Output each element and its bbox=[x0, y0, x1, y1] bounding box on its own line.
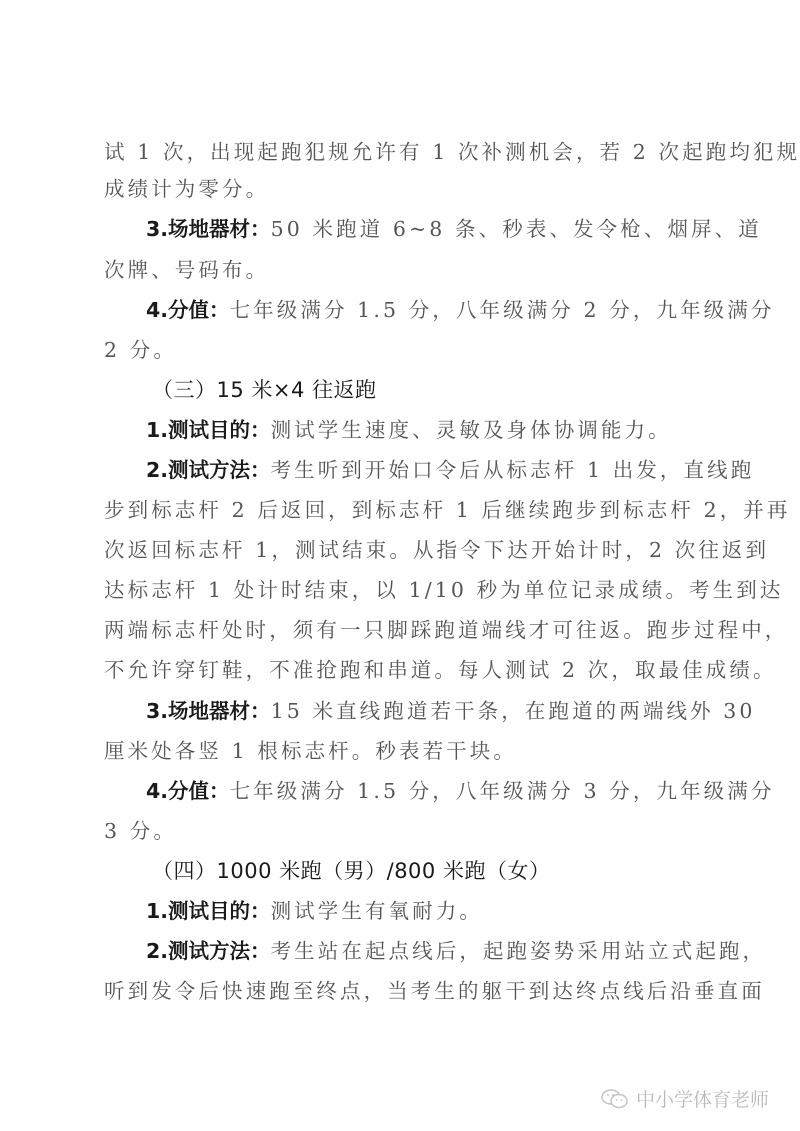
line-text: 厘米处各竖 1 根标志杆。秒表若干块。 bbox=[104, 739, 517, 763]
line-text: 七年级满分 1.5 分，八年级满分 2 分，九年级满分 bbox=[230, 298, 775, 322]
line-text: 50 米跑道 6~8 条、秒表、发令枪、烟屏、道 bbox=[271, 217, 762, 241]
item-label: 3.场地器材： bbox=[146, 217, 271, 241]
line-text: 不允许穿钉鞋，不准抢跑和串道。每人测试 2 次，取最佳成绩。 bbox=[104, 658, 777, 682]
line-text: 考生站在起点线后，起跑姿势采用站立式起跑， bbox=[271, 939, 767, 963]
paragraph-line: 3 分。 bbox=[104, 817, 704, 845]
paragraph-line: 步到标志杆 2 后返回，到标志杆 1 后继续跑步到标志杆 2，并再 bbox=[104, 496, 704, 524]
section-heading: （四）1000 米跑（男）/800 米跑（女） bbox=[152, 857, 752, 885]
paragraph-line: 试 1 次，出现起跑犯规允许有 1 次补测机会，若 2 次起跑均犯规， bbox=[104, 138, 704, 166]
paragraph-line: 次返回标志杆 1，测试结束。从指令下达开始计时，2 次往返到 bbox=[104, 536, 704, 564]
item-label: 3.场地器材： bbox=[146, 699, 271, 723]
item-label: 1.测试目的： bbox=[146, 418, 271, 442]
paragraph-line: 成绩计为零分。 bbox=[104, 175, 704, 203]
item-label: 2.测试方法： bbox=[146, 939, 271, 963]
item-site-equipment: 3.场地器材：50 米跑道 6~8 条、秒表、发令枪、烟屏、道 bbox=[146, 215, 746, 243]
item-test-method: 2.测试方法：考生站在起点线后，起跑姿势采用站立式起跑， bbox=[146, 937, 746, 965]
paragraph-line: 2 分。 bbox=[104, 336, 704, 364]
line-text: 听到发令后快速跑至终点，当考生的躯干到达终点线后沿垂直面 bbox=[104, 979, 765, 1003]
line-text: 测试学生速度、灵敏及身体协调能力。 bbox=[271, 418, 672, 442]
line-text: 七年级满分 1.5 分，八年级满分 3 分，九年级满分 bbox=[230, 779, 775, 803]
line-text: 试 1 次，出现起跑犯规允许有 1 次补测机会，若 2 次起跑均犯规， bbox=[104, 140, 800, 164]
item-score: 4.分值：七年级满分 1.5 分，八年级满分 2 分，九年级满分 bbox=[146, 296, 746, 324]
item-test-purpose: 1.测试目的：测试学生速度、灵敏及身体协调能力。 bbox=[146, 416, 746, 444]
line-text: 次返回标志杆 1，测试结束。从指令下达开始计时，2 次往返到 bbox=[104, 538, 769, 562]
watermark-text: 中小学体育老师 bbox=[636, 1085, 769, 1112]
paragraph-line: 厘米处各竖 1 根标志杆。秒表若干块。 bbox=[104, 737, 704, 765]
line-text: 达标志杆 1 处计时结束，以 1/10 秒为单位记录成绩。考生到达 bbox=[104, 578, 783, 602]
item-label: 4.分值： bbox=[146, 298, 230, 322]
line-text: 3 分。 bbox=[104, 819, 177, 843]
item-test-method: 2.测试方法：考生听到开始口令后从标志杆 1 出发，直线跑 bbox=[146, 456, 746, 484]
item-label: 4.分值： bbox=[146, 779, 230, 803]
line-text: 测试学生有氧耐力。 bbox=[271, 899, 483, 923]
line-text: 成绩计为零分。 bbox=[104, 177, 269, 201]
line-text: 考生听到开始口令后从标志杆 1 出发，直线跑 bbox=[271, 458, 755, 482]
section-heading: （三）15 米×4 往返跑 bbox=[152, 376, 752, 404]
paragraph-line: 两端标志杆处时，须有一只脚踩跑道端线才可往返。跑步过程中， bbox=[104, 616, 704, 644]
paragraph-line: 不允许穿钉鞋，不准抢跑和串道。每人测试 2 次，取最佳成绩。 bbox=[104, 656, 704, 684]
line-text: 步到标志杆 2 后返回，到标志杆 1 后继续跑步到标志杆 2，并再 bbox=[104, 498, 791, 522]
item-label: 1.测试目的： bbox=[146, 899, 271, 923]
paragraph-line: 听到发令后快速跑至终点，当考生的躯干到达终点线后沿垂直面 bbox=[104, 977, 704, 1005]
paragraph-line: 达标志杆 1 处计时结束，以 1/10 秒为单位记录成绩。考生到达 bbox=[104, 576, 704, 604]
item-label: 2.测试方法： bbox=[146, 458, 271, 482]
line-text: 15 米直线跑道若干条，在跑道的两端线外 30 bbox=[271, 699, 756, 723]
item-test-purpose: 1.测试目的：测试学生有氧耐力。 bbox=[146, 897, 746, 925]
wechat-icon bbox=[600, 1088, 630, 1110]
line-text: 2 分。 bbox=[104, 338, 177, 362]
paragraph-line: 次牌、号码布。 bbox=[104, 256, 704, 284]
document-page: 试 1 次，出现起跑犯规允许有 1 次补测机会，若 2 次起跑均犯规， 成绩计为… bbox=[0, 0, 800, 1131]
line-text: 两端标志杆处时，须有一只脚踩跑道端线才可往返。跑步过程中， bbox=[104, 618, 788, 642]
item-site-equipment: 3.场地器材：15 米直线跑道若干条，在跑道的两端线外 30 bbox=[146, 697, 746, 725]
line-text: 次牌、号码布。 bbox=[104, 258, 269, 282]
watermark: 中小学体育老师 bbox=[600, 1085, 769, 1112]
item-score: 4.分值：七年级满分 1.5 分，八年级满分 3 分，九年级满分 bbox=[146, 777, 746, 805]
